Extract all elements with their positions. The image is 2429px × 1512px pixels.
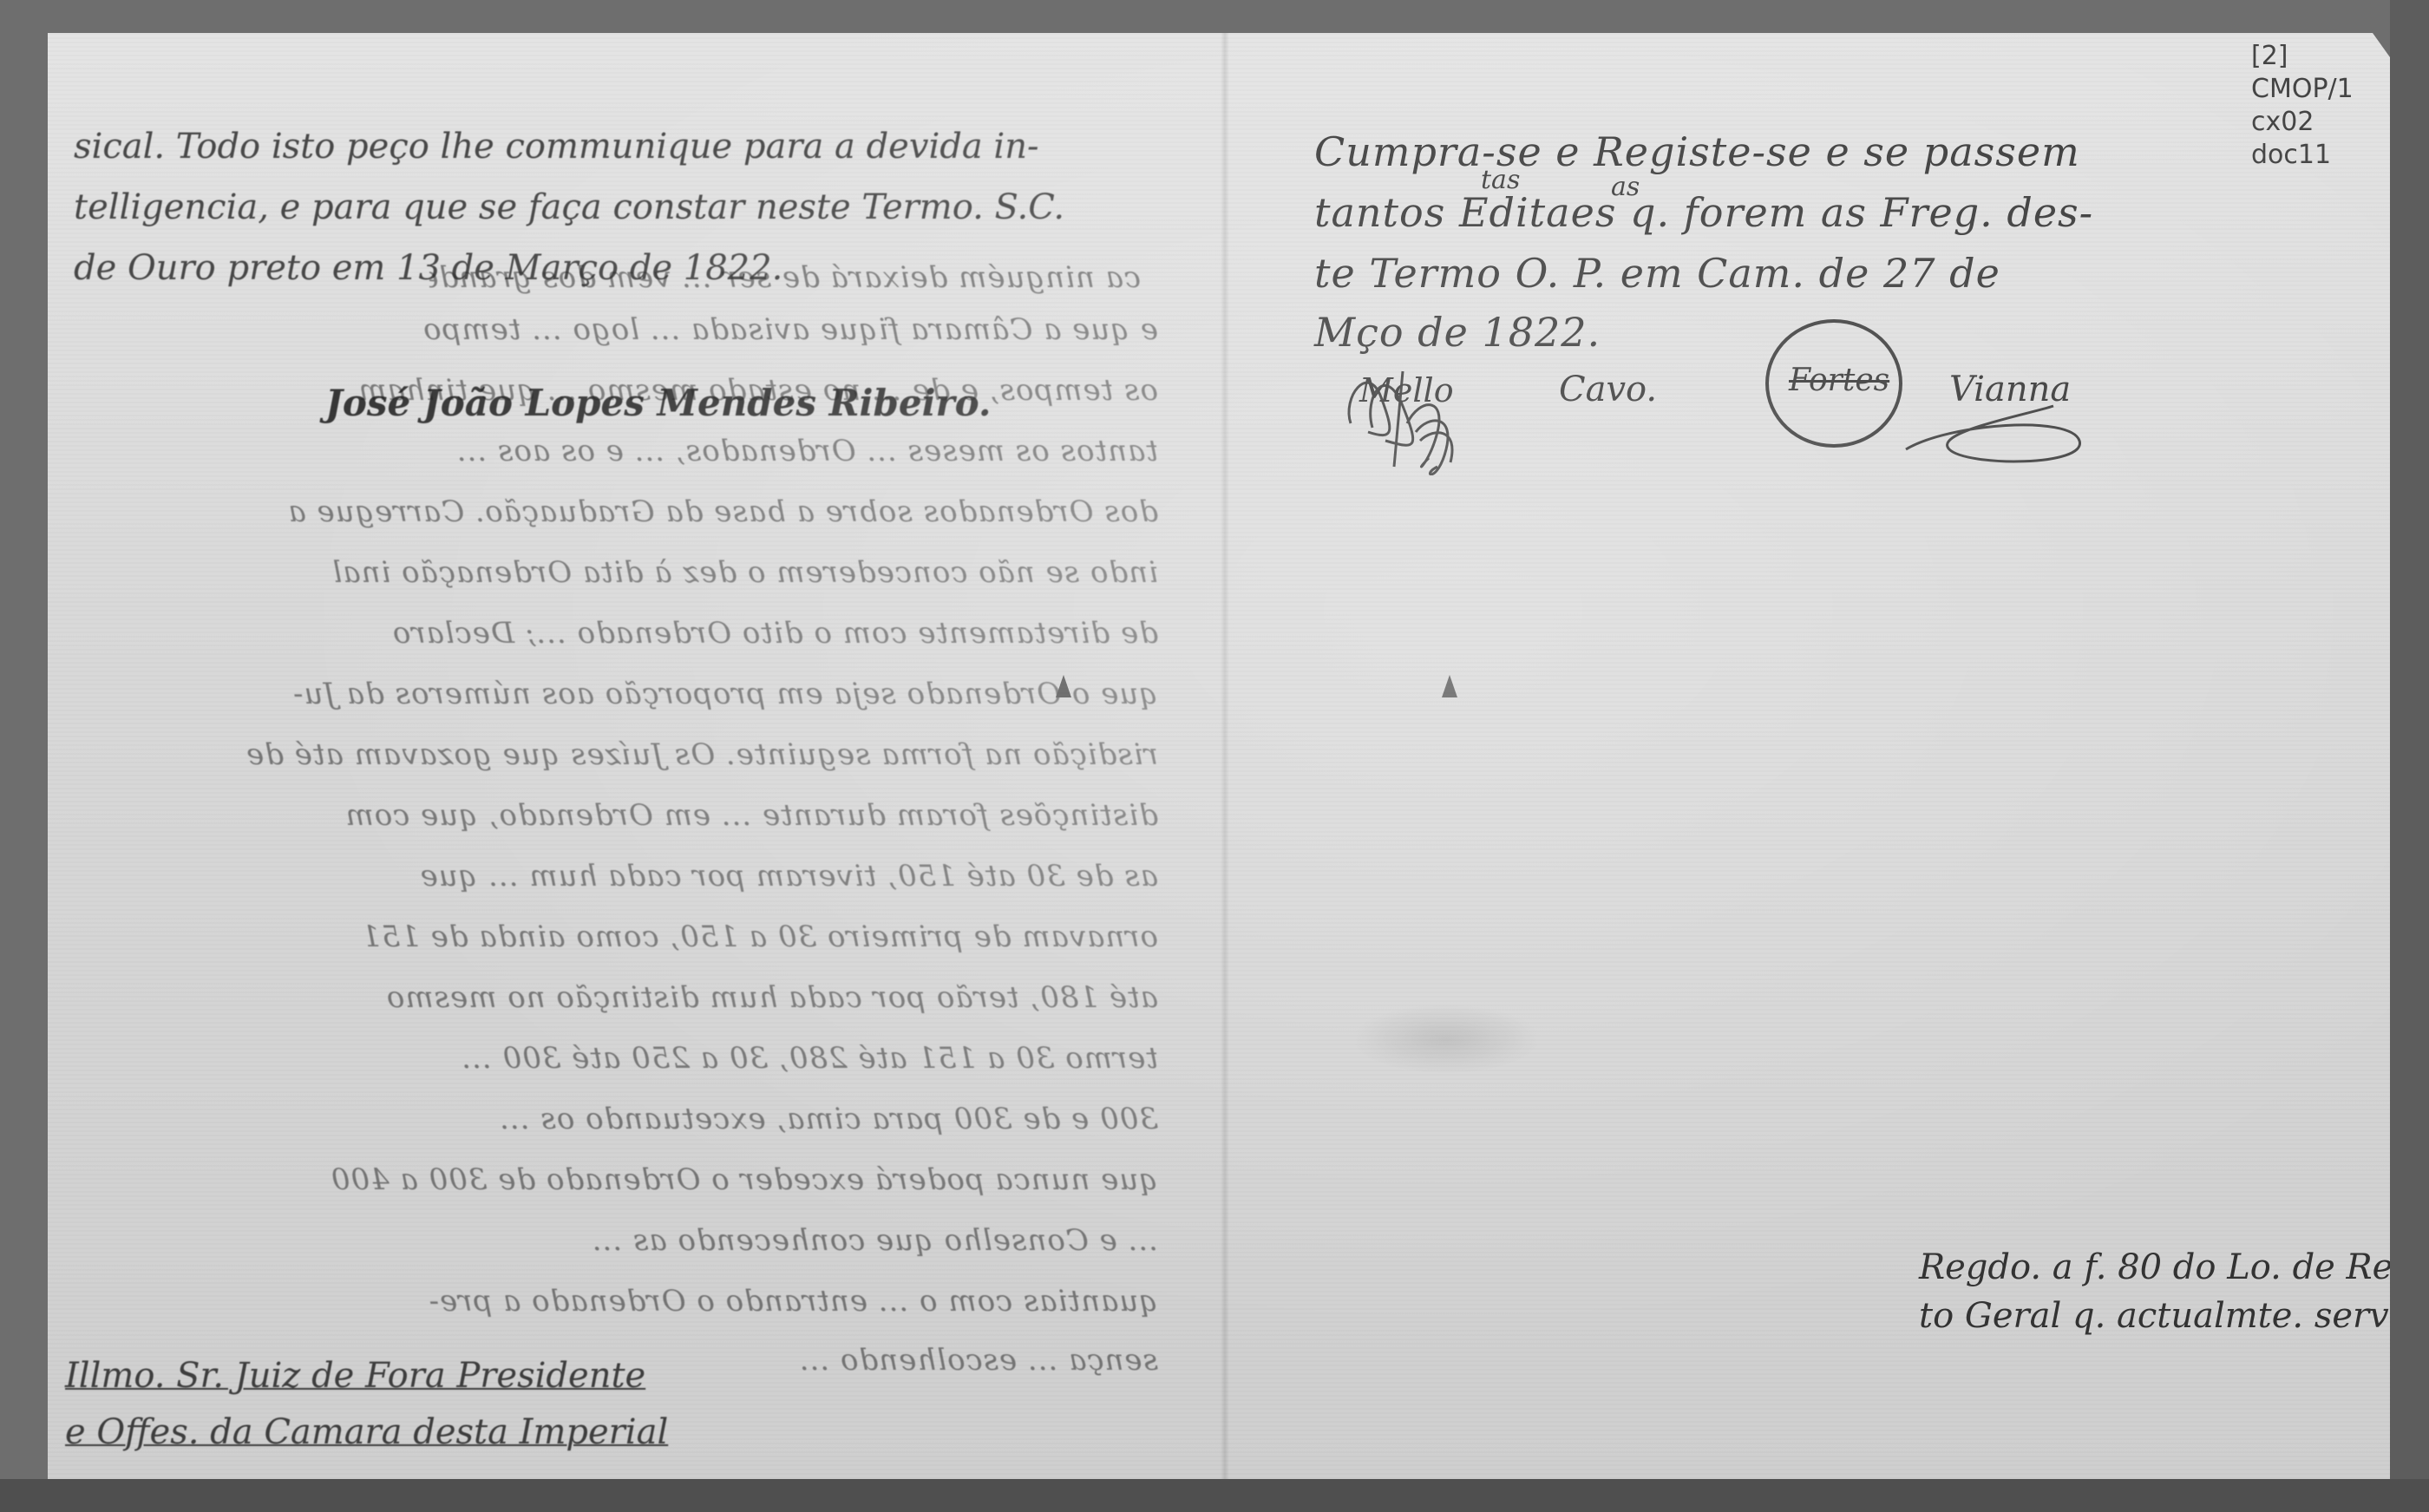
bleed-through-line: que o Ordenado seja em proporção aos núm… xyxy=(65,677,1158,711)
registration-note: Regdo. a f. 80 do Lo. de Regis- to Geral… xyxy=(1919,1243,2429,1340)
bleed-through-line: indo se não concederem o dez à dita Orde… xyxy=(65,555,1158,590)
left-front-line: sical. Todo isto peço lhe communique par… xyxy=(74,127,1167,167)
dispatch-line: te Termo O. P. em Cam. de 27 de xyxy=(1314,250,2000,297)
dispatch-line: tantos Editaes q. forem as Freg. des- xyxy=(1314,189,2093,236)
addressee-line: Illmo. Sr. Juiz de Fora Presidente xyxy=(65,1356,645,1396)
scanner-background-right xyxy=(2390,0,2429,1512)
signature-scribble-icon xyxy=(1333,345,1472,475)
right-page: [2] CMOP/1 cx02 doc11 Cumpra-se e Regist… xyxy=(1229,33,2390,1479)
paper-hole xyxy=(1442,675,1457,697)
addressee-line: e Offes. da Camara desta Imperial xyxy=(65,1412,668,1452)
signature-flourish-icon xyxy=(1897,397,2088,467)
center-fold xyxy=(1221,33,1229,1479)
bleed-through-line: distinções foram durante ... em Ordenado… xyxy=(65,798,1158,833)
bleed-through-line: ca ninguém deixará de ser ... vem dos gr… xyxy=(429,260,1141,295)
signatures-block: Mello Cavo. Fortes Vianna xyxy=(1307,319,2088,493)
signature-fortes: Fortes xyxy=(1789,363,1889,398)
archive-ref-line: cx02 xyxy=(2251,106,2364,139)
dispatch-line: Cumpra-se e Registe-se e se passem xyxy=(1314,128,2080,175)
archive-ref-line: [2] xyxy=(2251,40,2364,73)
bleed-through-line: risdição na forma seguinte. Os Juízes qu… xyxy=(65,737,1158,772)
bleed-through-line: quantias com o ... entrando o Ordenado a… xyxy=(65,1284,1158,1319)
signature-cavo: Cavo. xyxy=(1559,370,1657,409)
bleed-through-line: tantos os meses ... Ordenados, ... e os … xyxy=(65,434,1158,468)
bleed-through-line: dos Ordenados sobre a base da Graduação.… xyxy=(65,494,1158,529)
bleed-through-line: ... e Conselho que conhecendo as ... xyxy=(65,1223,1158,1258)
archive-ref-line: CMOP/1 xyxy=(2251,73,2364,106)
left-signature: José João Lopes Mendes Ribeiro. xyxy=(325,382,992,424)
registration-line: to Geral q. actualmte. serve. xyxy=(1919,1292,2429,1340)
bleed-through-line: que nunca poderá exceder o Ordenado de 3… xyxy=(65,1162,1158,1197)
bleed-through-line: termo 30 a 151 até 280, 30 a 250 até 300… xyxy=(65,1041,1158,1076)
scanner-background-bottom xyxy=(0,1479,2429,1512)
left-front-line: telligencia, e para que se faça constar … xyxy=(74,187,1167,227)
left-page: sical. Todo isto peço lhe communique par… xyxy=(48,33,1221,1479)
bleed-through-line: e que a Câmara fique avisada ... logo ..… xyxy=(65,312,1158,347)
bleed-through-line: as de 30 até 150, tiveram por cada hum .… xyxy=(65,859,1158,893)
bleed-through-line: 300 e de 300 para cima, excetuando os ..… xyxy=(65,1102,1158,1136)
registration-line: Regdo. a f. 80 do Lo. de Regis- xyxy=(1919,1243,2429,1292)
archive-ref-line: doc11 xyxy=(2251,139,2364,172)
bleed-through-line: até 180, terão por cada hum distinção no… xyxy=(65,980,1158,1015)
bleed-through-line: ornavam de primeiro 30 a 150, como ainda… xyxy=(65,920,1158,954)
manuscript-sheet: sical. Todo isto peço lhe communique par… xyxy=(48,33,2390,1479)
paper-stain xyxy=(1351,1005,1542,1074)
bleed-through-line: de diretamente com o dito Ordenado ...; … xyxy=(65,616,1158,651)
paper-hole xyxy=(1056,675,1071,697)
signature-mello: Mello xyxy=(1359,371,1454,409)
archive-reference: [2] CMOP/1 cx02 doc11 xyxy=(2251,40,2364,172)
